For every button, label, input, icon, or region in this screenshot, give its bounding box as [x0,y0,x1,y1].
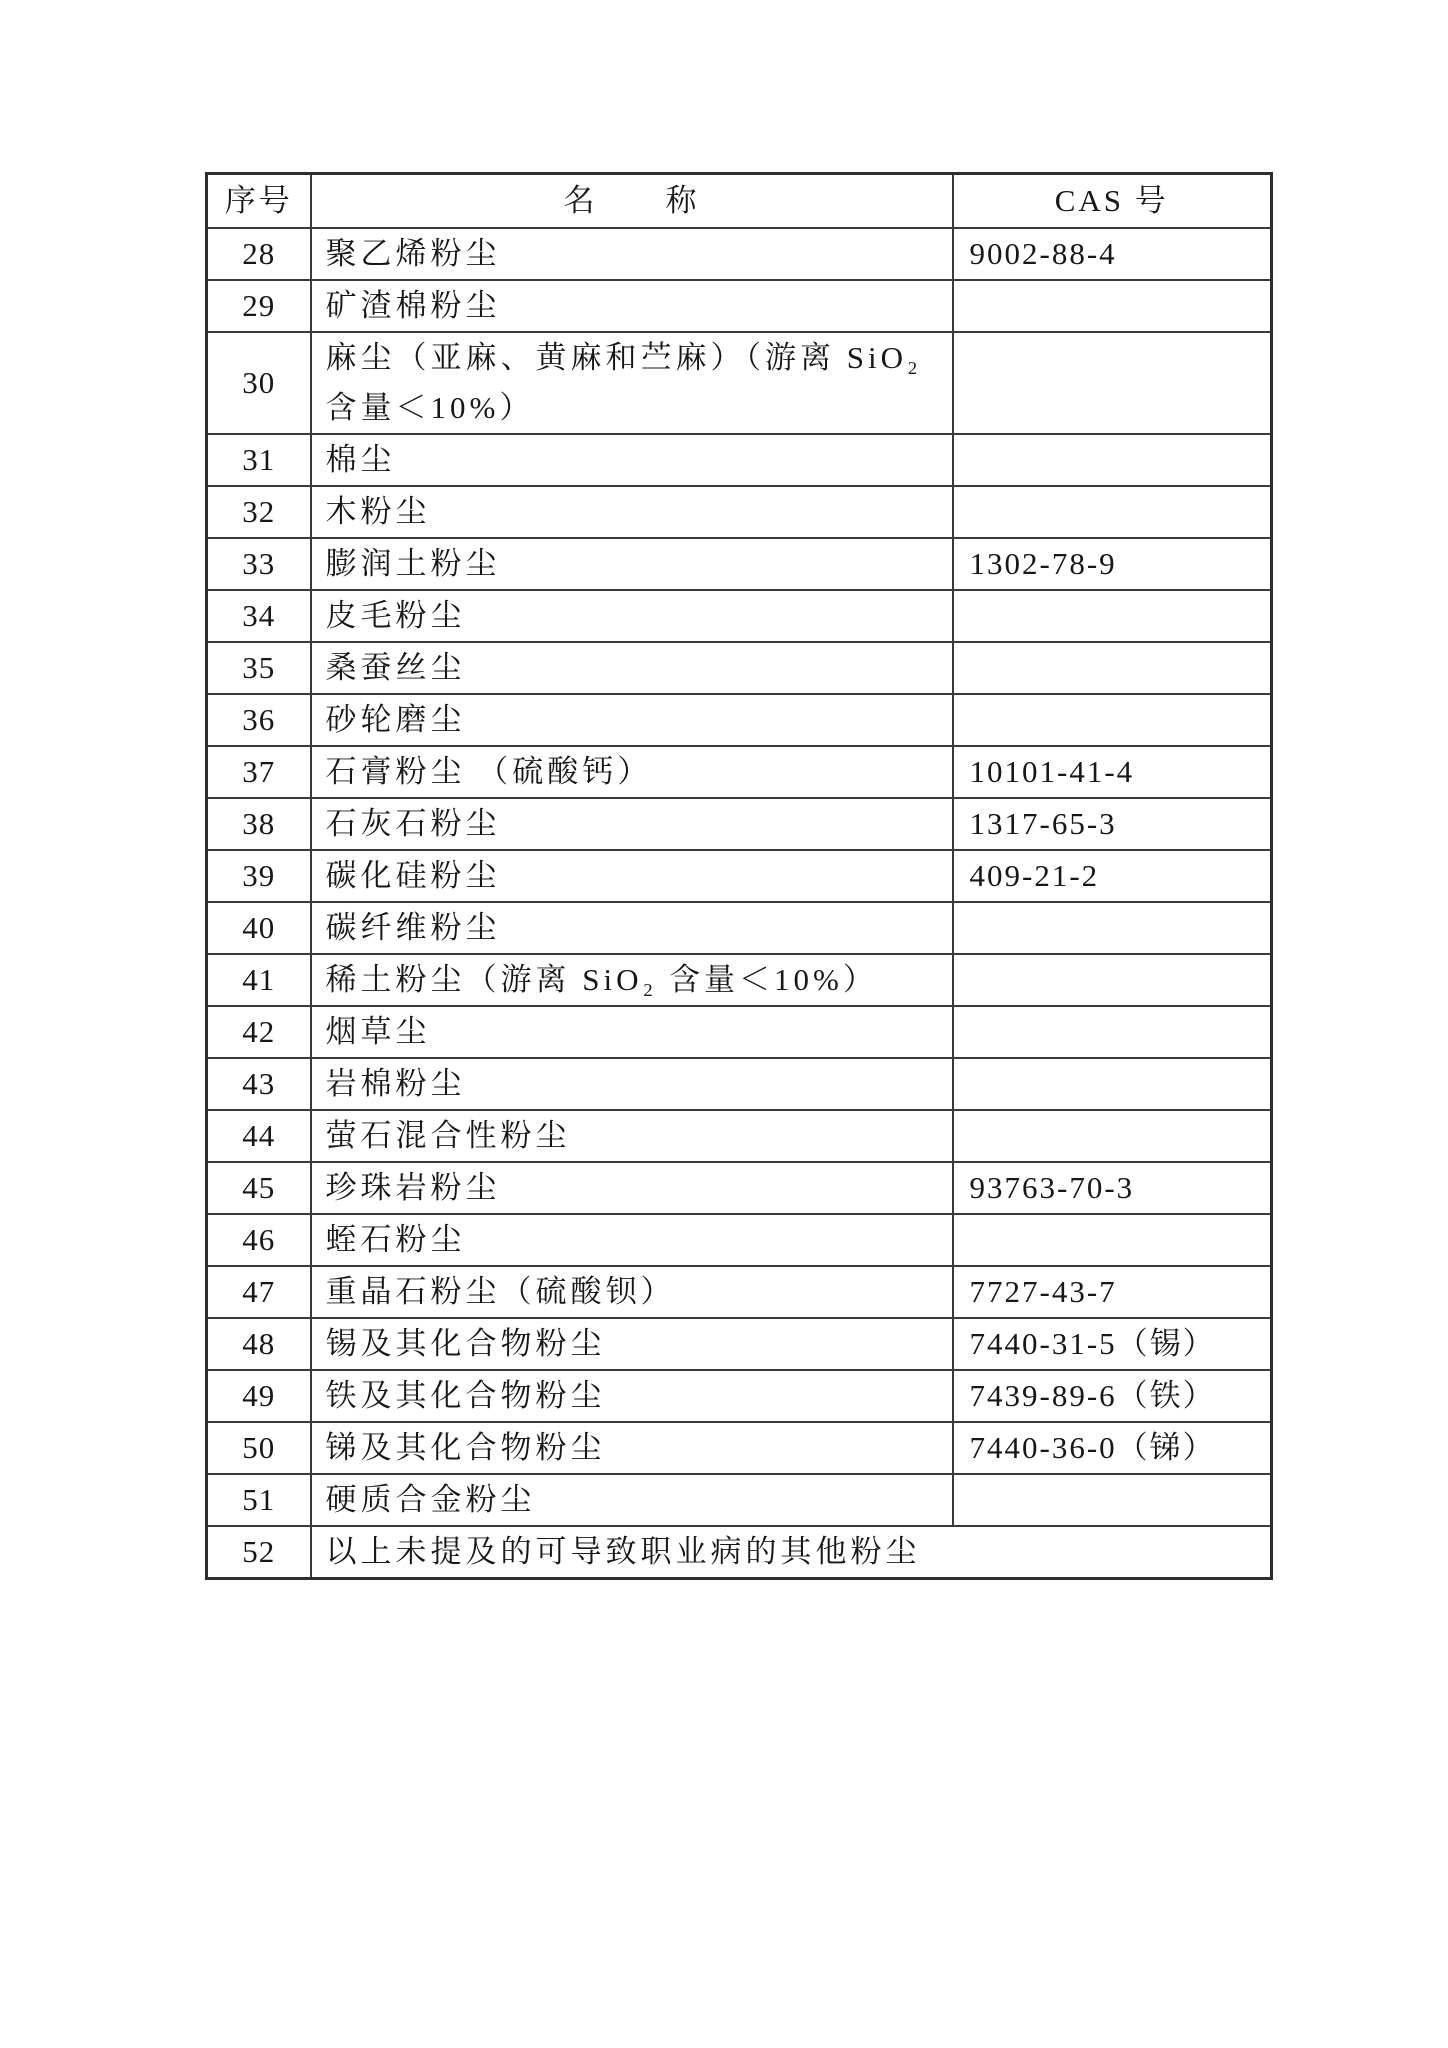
row-name-cell: 棉尘 [311,434,953,486]
row-cas-cell [953,1474,1272,1526]
table-row: 47重晶石粉尘（硫酸钡）7727-43-7 [207,1266,1272,1318]
table-row: 42烟草尘 [207,1006,1272,1058]
row-name-cell: 麻尘（亚麻、黄麻和苎麻）（游离 SiO₂ 含量＜10%） [311,332,953,434]
header-cas-cell: CAS 号 [953,174,1272,229]
row-cas-cell [953,332,1272,434]
table-row: 51硬质合金粉尘 [207,1474,1272,1526]
header-index-cell: 序号 [207,174,311,229]
row-index-cell: 29 [207,280,311,332]
table-row: 50锑及其化合物粉尘7440-36-0（锑） [207,1422,1272,1474]
row-cas-cell: 93763-70-3 [953,1162,1272,1214]
row-name-cell: 碳化硅粉尘 [311,850,953,902]
row-cas-cell: 7440-36-0（锑） [953,1422,1272,1474]
row-name-cell: 锑及其化合物粉尘 [311,1422,953,1474]
row-name-cell: 皮毛粉尘 [311,590,953,642]
row-index-cell: 37 [207,746,311,798]
row-index-cell: 34 [207,590,311,642]
row-index-cell: 40 [207,902,311,954]
row-index-cell: 42 [207,1006,311,1058]
row-index-cell: 49 [207,1370,311,1422]
row-index-cell: 32 [207,486,311,538]
row-name-cell: 稀土粉尘（游离 SiO₂ 含量＜10%） [311,954,953,1006]
row-cas-cell [953,280,1272,332]
row-index-cell: 45 [207,1162,311,1214]
table-row: 33膨润土粉尘1302-78-9 [207,538,1272,590]
row-cas-cell: 7440-31-5（锡） [953,1318,1272,1370]
row-name-cell: 聚乙烯粉尘 [311,228,953,280]
row-index-cell: 44 [207,1110,311,1162]
row-cas-cell [953,954,1272,1006]
row-index-cell: 35 [207,642,311,694]
table-row: 48锡及其化合物粉尘7440-31-5（锡） [207,1318,1272,1370]
table-row: 49铁及其化合物粉尘7439-89-6（铁） [207,1370,1272,1422]
row-name-cell: 岩棉粉尘 [311,1058,953,1110]
table-row: 34皮毛粉尘 [207,590,1272,642]
row-cas-cell [953,486,1272,538]
row-index-cell: 51 [207,1474,311,1526]
row-index-cell: 47 [207,1266,311,1318]
table-row: 46蛭石粉尘 [207,1214,1272,1266]
row-name-cell: 萤石混合性粉尘 [311,1110,953,1162]
row-cas-cell [953,694,1272,746]
row-index-cell: 38 [207,798,311,850]
row-name-cell: 以上未提及的可导致职业病的其他粉尘 [311,1526,1272,1579]
row-cas-cell: 7727-43-7 [953,1266,1272,1318]
row-index-cell: 48 [207,1318,311,1370]
row-name-cell: 硬质合金粉尘 [311,1474,953,1526]
row-name-cell: 碳纤维粉尘 [311,902,953,954]
table-row: 37石膏粉尘 （硫酸钙）10101-41-4 [207,746,1272,798]
row-name-cell: 石膏粉尘 （硫酸钙） [311,746,953,798]
row-cas-cell: 9002-88-4 [953,228,1272,280]
row-index-cell: 31 [207,434,311,486]
table-row: 43岩棉粉尘 [207,1058,1272,1110]
row-name-cell: 珍珠岩粉尘 [311,1162,953,1214]
row-name-cell: 桑蚕丝尘 [311,642,953,694]
row-name-cell: 膨润土粉尘 [311,538,953,590]
row-name-cell: 木粉尘 [311,486,953,538]
table-row: 45珍珠岩粉尘93763-70-3 [207,1162,1272,1214]
row-cas-cell [953,1006,1272,1058]
row-cas-cell [953,1214,1272,1266]
row-name-cell: 蛭石粉尘 [311,1214,953,1266]
row-index-cell: 43 [207,1058,311,1110]
dust-table: 序号 名 称 CAS 号 28聚乙烯粉尘9002-88-429矿渣棉粉尘30麻尘… [205,172,1273,1580]
row-cas-cell [953,1058,1272,1110]
row-index-cell: 46 [207,1214,311,1266]
row-cas-cell [953,642,1272,694]
table-row: 28聚乙烯粉尘9002-88-4 [207,228,1272,280]
row-index-cell: 28 [207,228,311,280]
row-cas-cell: 7439-89-6（铁） [953,1370,1272,1422]
row-name-cell: 重晶石粉尘（硫酸钡） [311,1266,953,1318]
table-row: 40碳纤维粉尘 [207,902,1272,954]
table-row: 41稀土粉尘（游离 SiO₂ 含量＜10%） [207,954,1272,1006]
row-index-cell: 52 [207,1526,311,1579]
table-row: 30麻尘（亚麻、黄麻和苎麻）（游离 SiO₂ 含量＜10%） [207,332,1272,434]
row-name-cell: 烟草尘 [311,1006,953,1058]
row-cas-cell: 1302-78-9 [953,538,1272,590]
row-cas-cell [953,434,1272,486]
table-row: 32木粉尘 [207,486,1272,538]
header-name-cell: 名 称 [311,174,953,229]
row-index-cell: 30 [207,332,311,434]
table-row: 38石灰石粉尘1317-65-3 [207,798,1272,850]
row-cas-cell: 1317-65-3 [953,798,1272,850]
row-name-cell: 砂轮磨尘 [311,694,953,746]
row-name-cell: 锡及其化合物粉尘 [311,1318,953,1370]
row-index-cell: 33 [207,538,311,590]
row-cas-cell: 10101-41-4 [953,746,1272,798]
table-row: 39碳化硅粉尘409-21-2 [207,850,1272,902]
row-index-cell: 50 [207,1422,311,1474]
row-index-cell: 36 [207,694,311,746]
row-name-cell: 铁及其化合物粉尘 [311,1370,953,1422]
row-cas-cell [953,902,1272,954]
row-index-cell: 41 [207,954,311,1006]
table-row: 52以上未提及的可导致职业病的其他粉尘 [207,1526,1272,1579]
table-row: 36砂轮磨尘 [207,694,1272,746]
table-row: 35桑蚕丝尘 [207,642,1272,694]
table-row: 44萤石混合性粉尘 [207,1110,1272,1162]
row-cas-cell [953,1110,1272,1162]
row-cas-cell [953,590,1272,642]
table-header-row: 序号 名 称 CAS 号 [207,174,1272,229]
table-row: 29矿渣棉粉尘 [207,280,1272,332]
row-name-cell: 石灰石粉尘 [311,798,953,850]
row-name-cell: 矿渣棉粉尘 [311,280,953,332]
document-page: 序号 名 称 CAS 号 28聚乙烯粉尘9002-88-429矿渣棉粉尘30麻尘… [0,0,1448,2048]
dust-table-body: 28聚乙烯粉尘9002-88-429矿渣棉粉尘30麻尘（亚麻、黄麻和苎麻）（游离… [207,228,1272,1579]
row-index-cell: 39 [207,850,311,902]
table-row: 31棉尘 [207,434,1272,486]
row-cas-cell: 409-21-2 [953,850,1272,902]
